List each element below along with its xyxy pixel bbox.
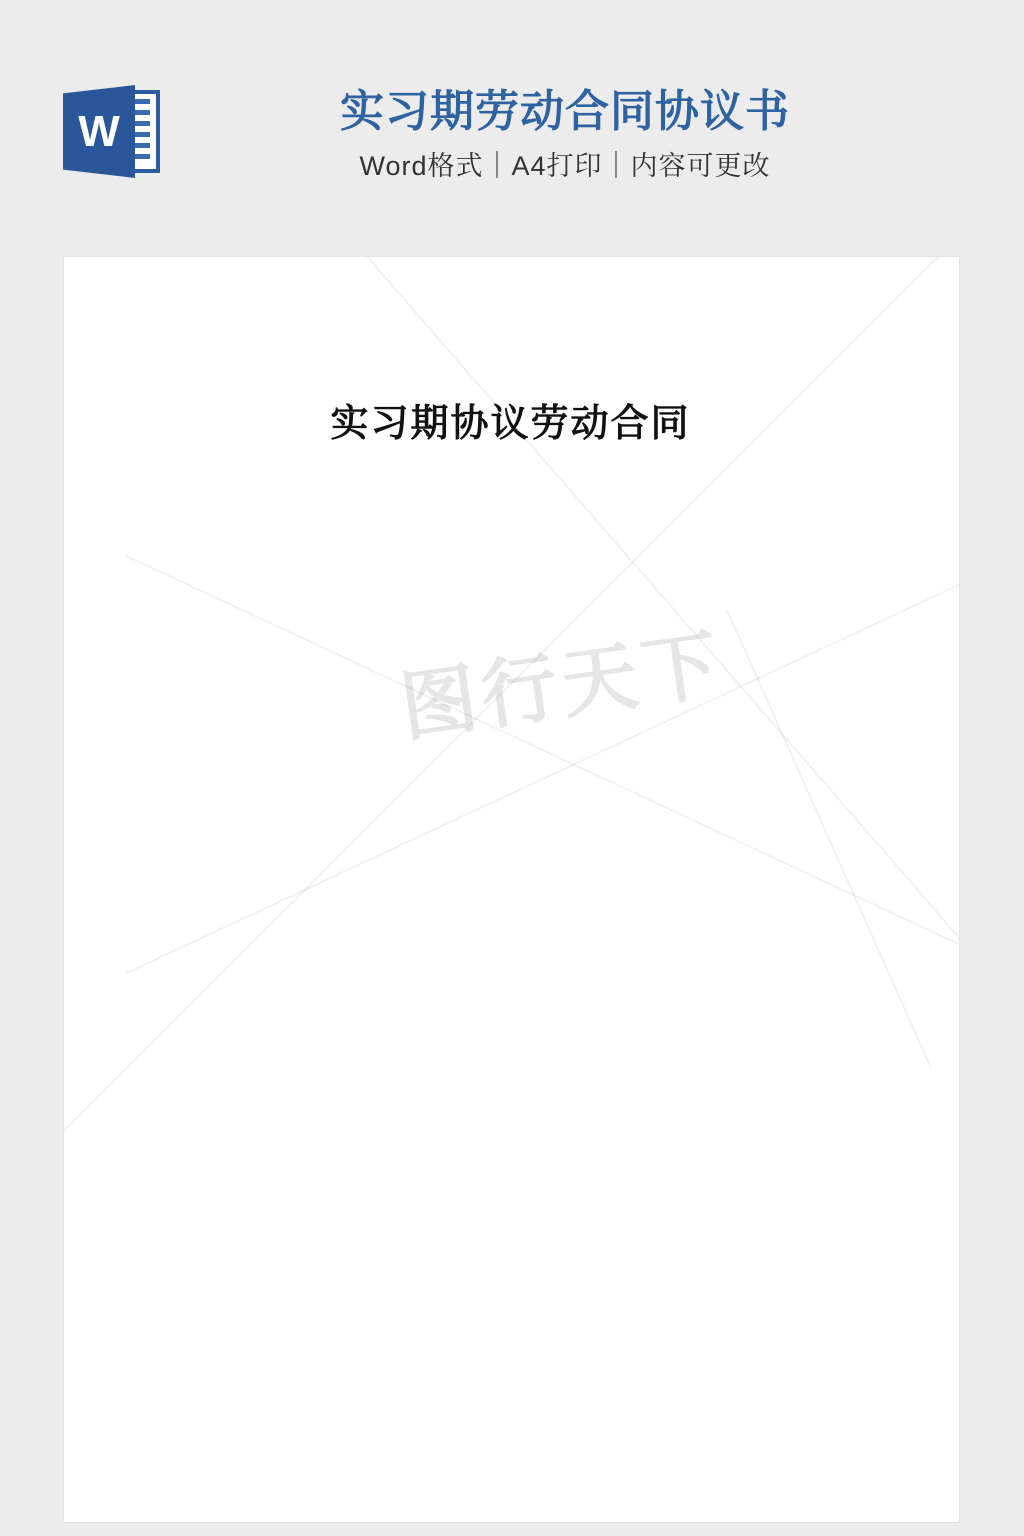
document-title: 实习期协议劳动合同 [199, 400, 822, 448]
word-w-panel-icon: W [63, 85, 135, 178]
template-subtitle: Word格式｜A4打印｜内容可更改 [165, 150, 965, 182]
header-banner: W 实习期劳动合同协议书 Word格式｜A4打印｜内容可更改 [0, 0, 1024, 256]
document-page: 图行天下 实习期协议劳动合同 [63, 256, 960, 1523]
header-text-block: 实习期劳动合同协议书 Word格式｜A4打印｜内容可更改 [165, 86, 965, 182]
word-icon-letter: W [78, 107, 120, 157]
watermark-diagonal-line [726, 610, 931, 1068]
template-preview-page: { "header": { "title": "实习期劳动合同协议书", "su… [0, 0, 1024, 1536]
watermark-text: 图行天下 [393, 603, 729, 756]
word-icon: W [63, 85, 160, 178]
template-title: 实习期劳动合同协议书 [165, 86, 965, 138]
document-content: 实习期协议劳动合同 [64, 257, 959, 448]
